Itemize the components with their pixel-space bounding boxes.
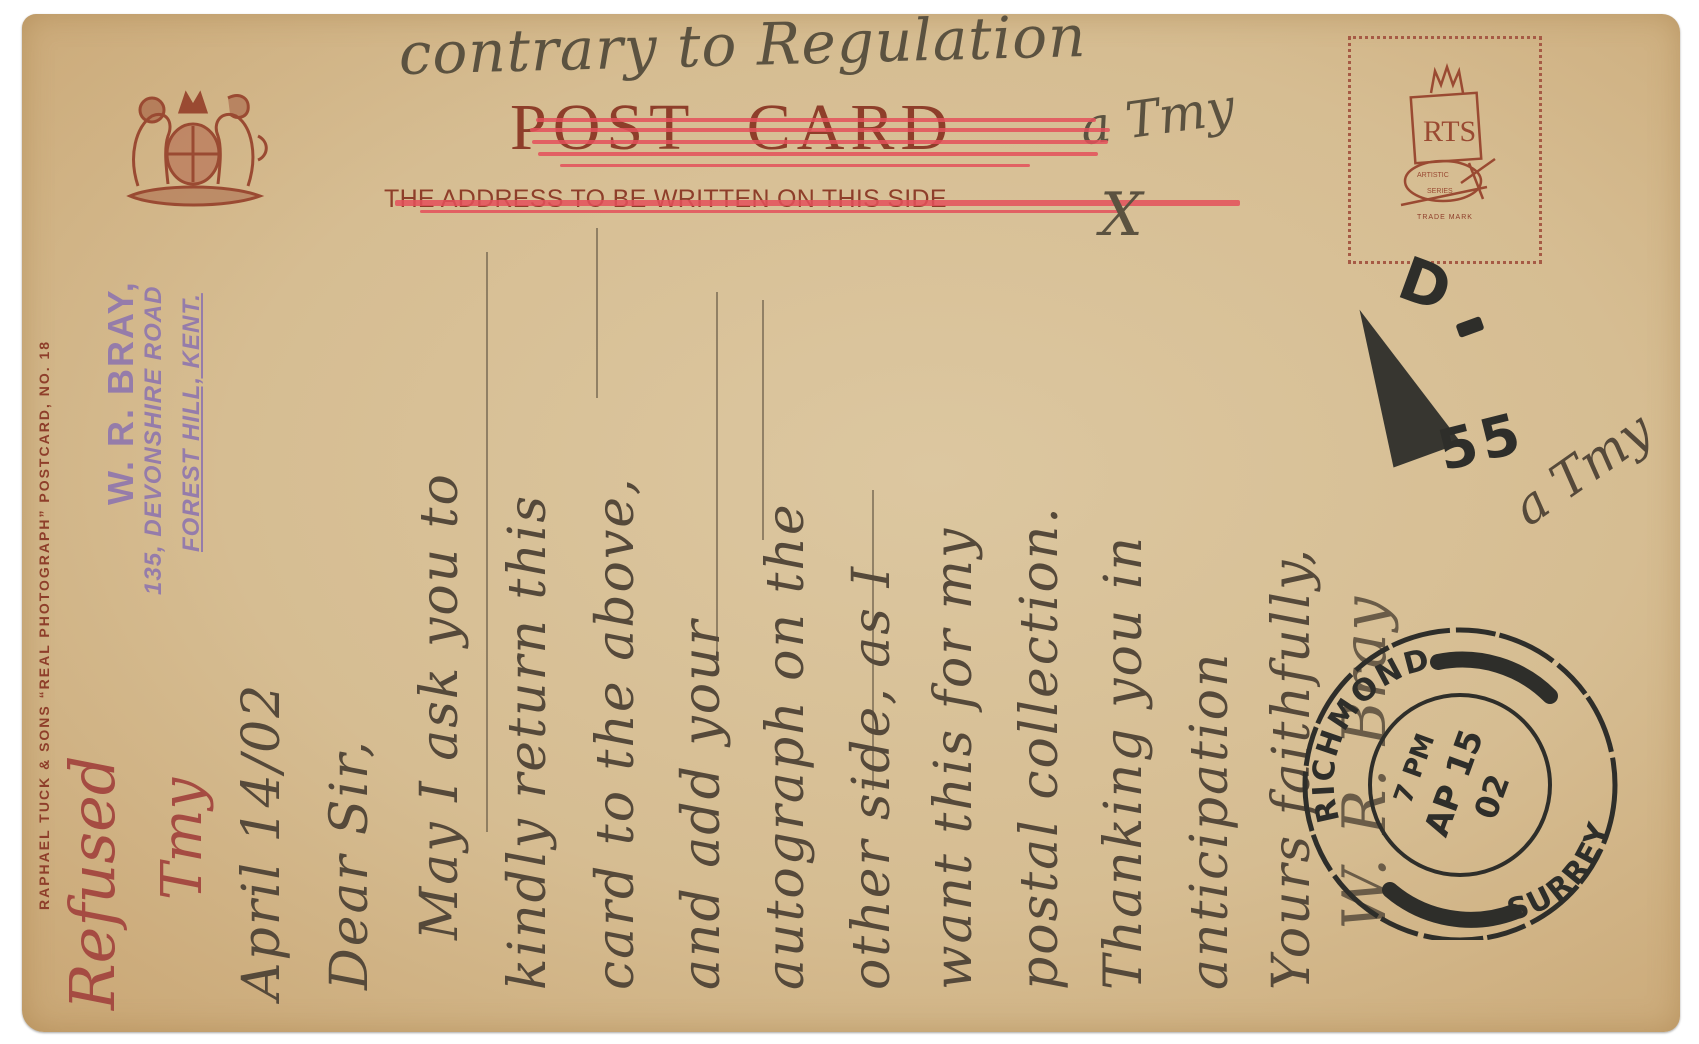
raphael-tuck-easel-palette-icon: RTS ARTISTIC SERIES <box>1391 63 1501 213</box>
strike-line <box>536 118 1096 122</box>
letter-line: autograph on the <box>756 502 816 990</box>
svg-text:ARTISTIC: ARTISTIC <box>1417 172 1449 179</box>
letter-line: want this for my <box>924 527 984 990</box>
letter-line: anticipation <box>1180 652 1240 990</box>
strike-line <box>538 152 1098 156</box>
svg-text:SERIES: SERIES <box>1427 188 1453 195</box>
sender-stamp-name: W. R. BRAY, <box>100 280 142 505</box>
letter-line: and add your <box>672 619 732 990</box>
royal-coat-of-arms-icon <box>108 76 278 212</box>
ruling-line <box>486 252 488 832</box>
strike-line <box>530 128 1110 132</box>
svg-text:SURREY: SURREY <box>1503 817 1617 928</box>
letter-line: kindly return this <box>498 494 558 990</box>
strike-line <box>560 164 1030 167</box>
letter-line: May I ask you to <box>410 472 470 940</box>
postmark-richmond: RICHMOND SURREY 7 PM AP 15 02 <box>1290 620 1630 940</box>
sender-stamp-street: 135, DEVONSHIRE ROAD <box>140 286 168 595</box>
svg-text:RTS: RTS <box>1423 115 1476 148</box>
ruling-line <box>716 292 718 672</box>
letter-line: other side, as I <box>842 565 902 990</box>
cross-mark: X <box>1100 180 1143 250</box>
letter-salutation: Dear Sir, <box>320 739 380 990</box>
strike-line <box>420 210 1120 213</box>
trade-mark-caption: TRADE MARK <box>1351 214 1539 221</box>
letter-line: Thanking you in <box>1094 535 1154 990</box>
letter-date: April 14/02 <box>232 683 292 1000</box>
publisher-imprint: RAPHAEL TUCK & SONS “REAL PHOTOGRAPH” PO… <box>36 340 52 910</box>
refused-annotation: Refused <box>56 756 129 1010</box>
strike-line <box>532 140 1108 144</box>
letter-line: card to the above, <box>586 477 646 991</box>
stamp-box: RTS ARTISTIC SERIES TRADE MARK <box>1348 36 1542 264</box>
refused-initials: Tmy <box>150 778 215 900</box>
sender-stamp-town: FOREST HILL, KENT. <box>178 293 206 552</box>
letter-line: postal collection. <box>1010 505 1070 990</box>
ruling-line <box>596 228 598 398</box>
